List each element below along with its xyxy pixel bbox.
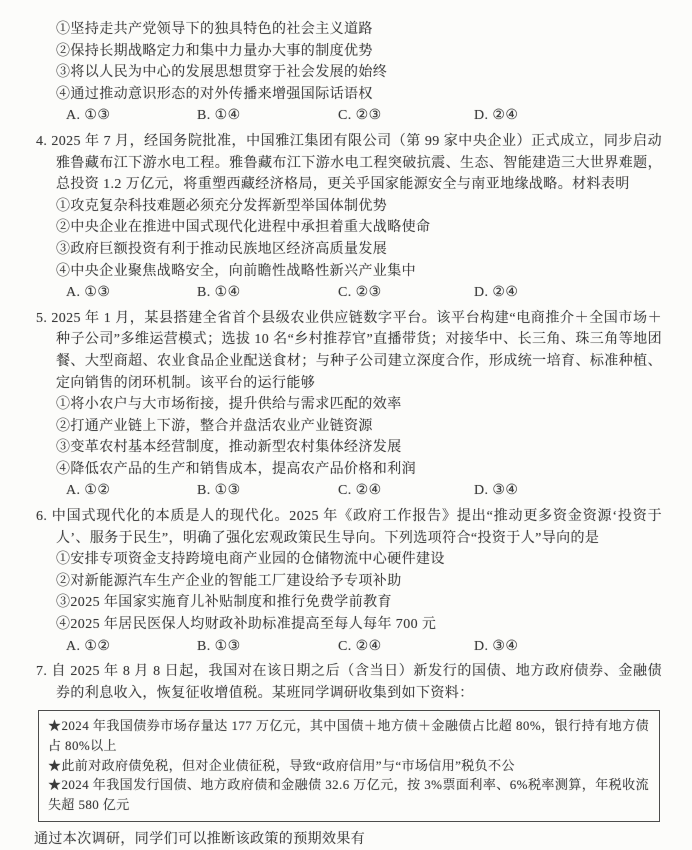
question-3-option-d: D.②④ [474,105,662,127]
option-label: D. [474,483,492,498]
question-6-option-d: D.③④ [474,636,662,658]
question-6-item-4: ④2025 年居民医保人均财政补助标准提高至每人每年 700 元 [36,614,662,636]
option-label: C. [338,483,356,498]
question-4-stem: 4.2025 年 7 月，经国务院批准，中国雅江集团有限公司（第 99 家中央企… [36,131,662,196]
option-value: ②④ [492,108,518,123]
question-4-item-3: ③政府巨额投资有利于推动民族地区经济高质量发展 [36,239,662,261]
option-value: ②③ [356,108,382,123]
question-7-stem: 7.自 2025 年 8 月 8 日起，我国对在该日期之后（含当日）新发行的国债… [36,661,662,704]
question-4-item-2: ②中央企业在推进中国式现代化进程中承担着重大战略使命 [36,217,662,239]
question-5-option-d: D.③④ [474,480,662,502]
question-4-options: A.①③ B.①④ C.②③ D.②④ [36,282,662,304]
question-5-option-a: A.①② [66,480,197,502]
option-label: B. [197,483,215,498]
question-7-number: 7. [36,664,51,679]
question-6-options: A.①② B.①③ C.②④ D.③④ [36,636,662,658]
option-label: A. [66,483,84,498]
question-3-option-a: A.①③ [66,105,197,127]
exam-page: ①坚持走共产党领导下的独具特色的社会主义道路 ②保持长期战略定力和集中力量办大事… [0,0,692,850]
option-label: C. [338,639,356,654]
question-4: 4.2025 年 7 月，经国务院批准，中国雅江集团有限公司（第 99 家中央企… [36,131,662,304]
option-value: ①④ [215,108,241,123]
question-6-stem-text: 中国式现代化的本质是人的现代化。2025 年《政府工作报告》提出“推动更多资金资… [51,509,662,546]
question-3-item-4: ④通过推动意识形态的对外传播来增强国际话语权 [36,84,662,106]
question-4-option-c: C.②③ [338,282,474,304]
option-label: D. [474,108,492,123]
question-5-option-b: B.①③ [197,480,338,502]
option-value: ①③ [84,285,110,300]
option-value: ②④ [356,639,382,654]
question-4-option-a: A.①③ [66,282,197,304]
option-value: ①④ [215,285,241,300]
question-5-item-2: ②打通产业链上下游，整合并盘活农业产业链资源 [36,416,662,438]
question-6: 6.中国式现代化的本质是人的现代化。2025 年《政府工作报告》提出“推动更多资… [36,506,662,657]
option-value: ①③ [84,108,110,123]
question-5-item-4: ④降低农产品的生产和销售成本，提高农产品价格和利润 [36,459,662,481]
option-label: A. [66,108,84,123]
option-label: B. [197,639,215,654]
option-label: D. [474,285,492,300]
question-4-item-4: ④中央企业聚焦战略安全，向前瞻性战略性新兴产业集中 [36,261,662,283]
option-value: ②④ [492,285,518,300]
research-note-3: ★2024 年我国发行国债、地方政府债和金融债 32.6 万亿元，按 3%票面利… [48,775,649,814]
question-6-item-1: ①安排专项资金支持跨境电商产业园的仓储物流中心硬件建设 [36,549,662,571]
question-6-item-2: ②对新能源汽车生产企业的智能工厂建设给予专项补助 [36,571,662,593]
question-4-option-b: B.①④ [197,282,338,304]
question-3-option-b: B.①④ [197,105,338,127]
research-notes-box: ★2024 年我国债券市场存量达 177 万亿元，其中国债＋地方债＋金融债占比超… [38,710,660,822]
option-value: ③④ [492,483,518,498]
option-value: ③④ [492,639,518,654]
question-6-stem: 6.中国式现代化的本质是人的现代化。2025 年《政府工作报告》提出“推动更多资… [36,506,662,549]
question-7-stem-text: 自 2025 年 8 月 8 日起，我国对在该日期之后（含当日）新发行的国债、地… [51,664,662,701]
research-note-2: ★此前对政府债免税，但对企业债征税，导致“政府信用”与“市场信用”税负不公 [48,756,649,776]
option-label: B. [197,108,215,123]
option-value: ①② [84,483,110,498]
option-value: ①③ [215,639,241,654]
option-value: ②③ [356,285,382,300]
research-note-1: ★2024 年我国债券市场存量达 177 万亿元，其中国债＋地方债＋金融债占比超… [48,716,649,755]
question-3-option-c: C.②③ [338,105,474,127]
question-4-option-d: D.②④ [474,282,662,304]
question-3-continuation: ①坚持走共产党领导下的独具特色的社会主义道路 ②保持长期战略定力和集中力量办大事… [36,19,662,127]
option-label: A. [66,285,84,300]
question-6-option-b: B.①③ [197,636,338,658]
question-5-number: 5. [36,311,51,326]
question-6-number: 6. [36,509,51,524]
question-5-item-3: ③变革农村基本经营制度，推动新型农村集体经济发展 [36,437,662,459]
option-label: A. [66,639,84,654]
question-5-item-1: ①将小农户与大市场衔接，提升供给与需求匹配的效率 [36,394,662,416]
question-4-number: 4. [36,134,51,149]
question-5-option-c: C.②④ [338,480,474,502]
question-3-item-2: ②保持长期战略定力和集中力量办大事的制度优势 [36,41,662,63]
question-5-options: A.①② B.①③ C.②④ D.③④ [36,480,662,502]
option-label: C. [338,108,356,123]
question-5-stem: 5.2025 年 1 月，某县搭建全省首个县级农业供应链数字平台。该平台构建“电… [36,308,662,394]
question-6-option-c: C.②④ [338,636,474,658]
option-value: ①③ [215,483,241,498]
question-7-closing: 通过本次调研，同学们可以推断该政策的预期效果有 [34,829,662,850]
question-5-stem-text: 2025 年 1 月，某县搭建全省首个县级农业供应链数字平台。该平台构建“电商推… [51,311,662,391]
option-label: D. [474,639,492,654]
option-label: C. [338,285,356,300]
option-value: ①② [84,639,110,654]
option-label: B. [197,285,215,300]
question-5: 5.2025 年 1 月，某县搭建全省首个县级农业供应链数字平台。该平台构建“电… [36,308,662,502]
question-7: 7.自 2025 年 8 月 8 日起，我国对在该日期之后（含当日）新发行的国债… [36,661,662,850]
question-4-stem-text: 2025 年 7 月，经国务院批准，中国雅江集团有限公司（第 99 家中央企业）… [51,134,662,192]
question-4-item-1: ①攻克复杂科技难题必须充分发挥新型举国体制优势 [36,196,662,218]
option-value: ②④ [356,483,382,498]
question-3-item-1: ①坚持走共产党领导下的独具特色的社会主义道路 [36,19,662,41]
question-3-options: A.①③ B.①④ C.②③ D.②④ [36,105,662,127]
question-6-option-a: A.①② [66,636,197,658]
question-6-item-3: ③2025 年国家实施育儿补贴制度和推行免费学前教育 [36,592,662,614]
question-3-item-3: ③将以人民为中心的发展思想贯穿于社会发展的始终 [36,62,662,84]
